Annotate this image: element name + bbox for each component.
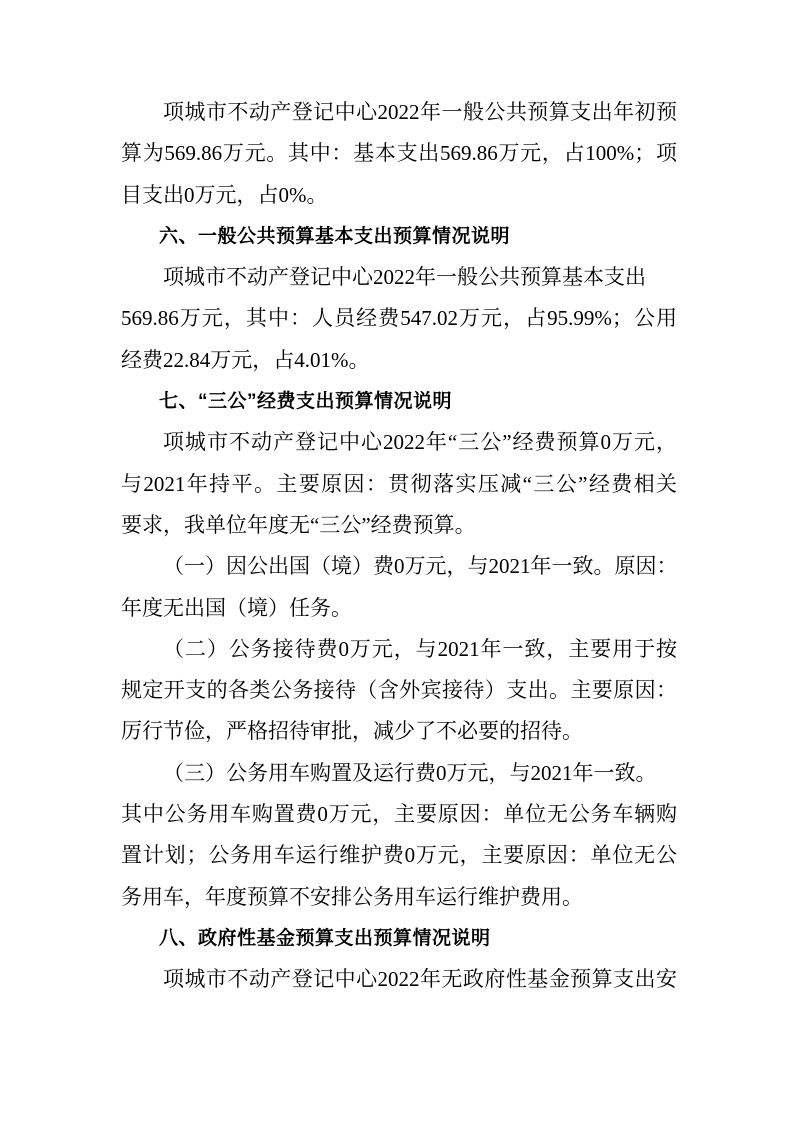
paragraph: （二）公务接待费0万元，与2021年一致，主要用于按规定开支的各类公务接待（含外…: [121, 629, 677, 753]
text-line: （一）因公出国（境）费0万元，与2021年一致。原因：: [121, 546, 677, 587]
text-line: 年度无出国（境）任务。: [121, 588, 677, 629]
paragraph: 项城市不动产登记中心2022年一般公共预算支出年初预算为569.86万元。其中：…: [121, 92, 677, 216]
text-line: （三）公务用车购置及运行费0万元，与2021年一致。: [121, 753, 677, 794]
text-line: 置计划；公务用车运行维护费0万元，主要原因：单位无公: [121, 835, 677, 876]
section-heading: 七、“三公”经费支出预算情况说明: [121, 381, 677, 422]
section-heading: 六、一般公共预算基本支出预算情况说明: [121, 216, 677, 257]
document-text-area: 项城市不动产登记中心2022年一般公共预算支出年初预算为569.86万元。其中：…: [121, 92, 677, 1001]
section-heading: 八、政府性基金预算支出预算情况说明: [121, 918, 677, 959]
text-line: 规定开支的各类公务接待（含外宾接待）支出。主要原因：: [121, 670, 677, 711]
text-line: 项城市不动产登记中心2022年一般公共预算基本支出: [121, 257, 677, 298]
document-page: 项城市不动产登记中心2022年一般公共预算支出年初预算为569.86万元。其中：…: [0, 0, 795, 1123]
text-line: 项城市不动产登记中心2022年一般公共预算支出年初预: [121, 92, 677, 133]
heading-line: 八、政府性基金预算支出预算情况说明: [121, 918, 677, 959]
text-line: 经费22.84万元，占4.01%。: [121, 340, 677, 381]
heading-line: 六、一般公共预算基本支出预算情况说明: [121, 216, 677, 257]
paragraph: 项城市不动产登记中心2022年一般公共预算基本支出569.86万元，其中：人员经…: [121, 257, 677, 381]
text-line: 其中公务用车购置费0万元，主要原因：单位无公务车辆购: [121, 794, 677, 835]
paragraph: 项城市不动产登记中心2022年无政府性基金预算支出安: [121, 959, 677, 1000]
text-line: 项城市不动产登记中心2022年“三公”经费预算0万元，: [121, 422, 677, 463]
text-line: 算为569.86万元。其中：基本支出569.86万元，占100%；项: [121, 133, 677, 174]
text-line: （二）公务接待费0万元，与2021年一致，主要用于按: [121, 629, 677, 670]
paragraph: （三）公务用车购置及运行费0万元，与2021年一致。其中公务用车购置费0万元，主…: [121, 753, 677, 918]
text-line: 厉行节俭，严格招待审批，减少了不必要的招待。: [121, 711, 677, 752]
paragraph: 项城市不动产登记中心2022年“三公”经费预算0万元，与2021年持平。主要原因…: [121, 422, 677, 546]
text-line: 务用车，年度预算不安排公务用车运行维护费用。: [121, 877, 677, 918]
text-line: 要求，我单位年度无“三公”经费预算。: [121, 505, 677, 546]
text-line: 项城市不动产登记中心2022年无政府性基金预算支出安: [121, 959, 677, 1000]
paragraph: （一）因公出国（境）费0万元，与2021年一致。原因：年度无出国（境）任务。: [121, 546, 677, 629]
text-line: 目支出0万元，占0%。: [121, 175, 677, 216]
heading-line: 七、“三公”经费支出预算情况说明: [121, 381, 677, 422]
text-line: 与2021年持平。主要原因：贯彻落实压减“三公”经费相关: [121, 464, 677, 505]
text-line: 569.86万元，其中：人员经费547.02万元，占95.99%；公用: [121, 298, 677, 339]
